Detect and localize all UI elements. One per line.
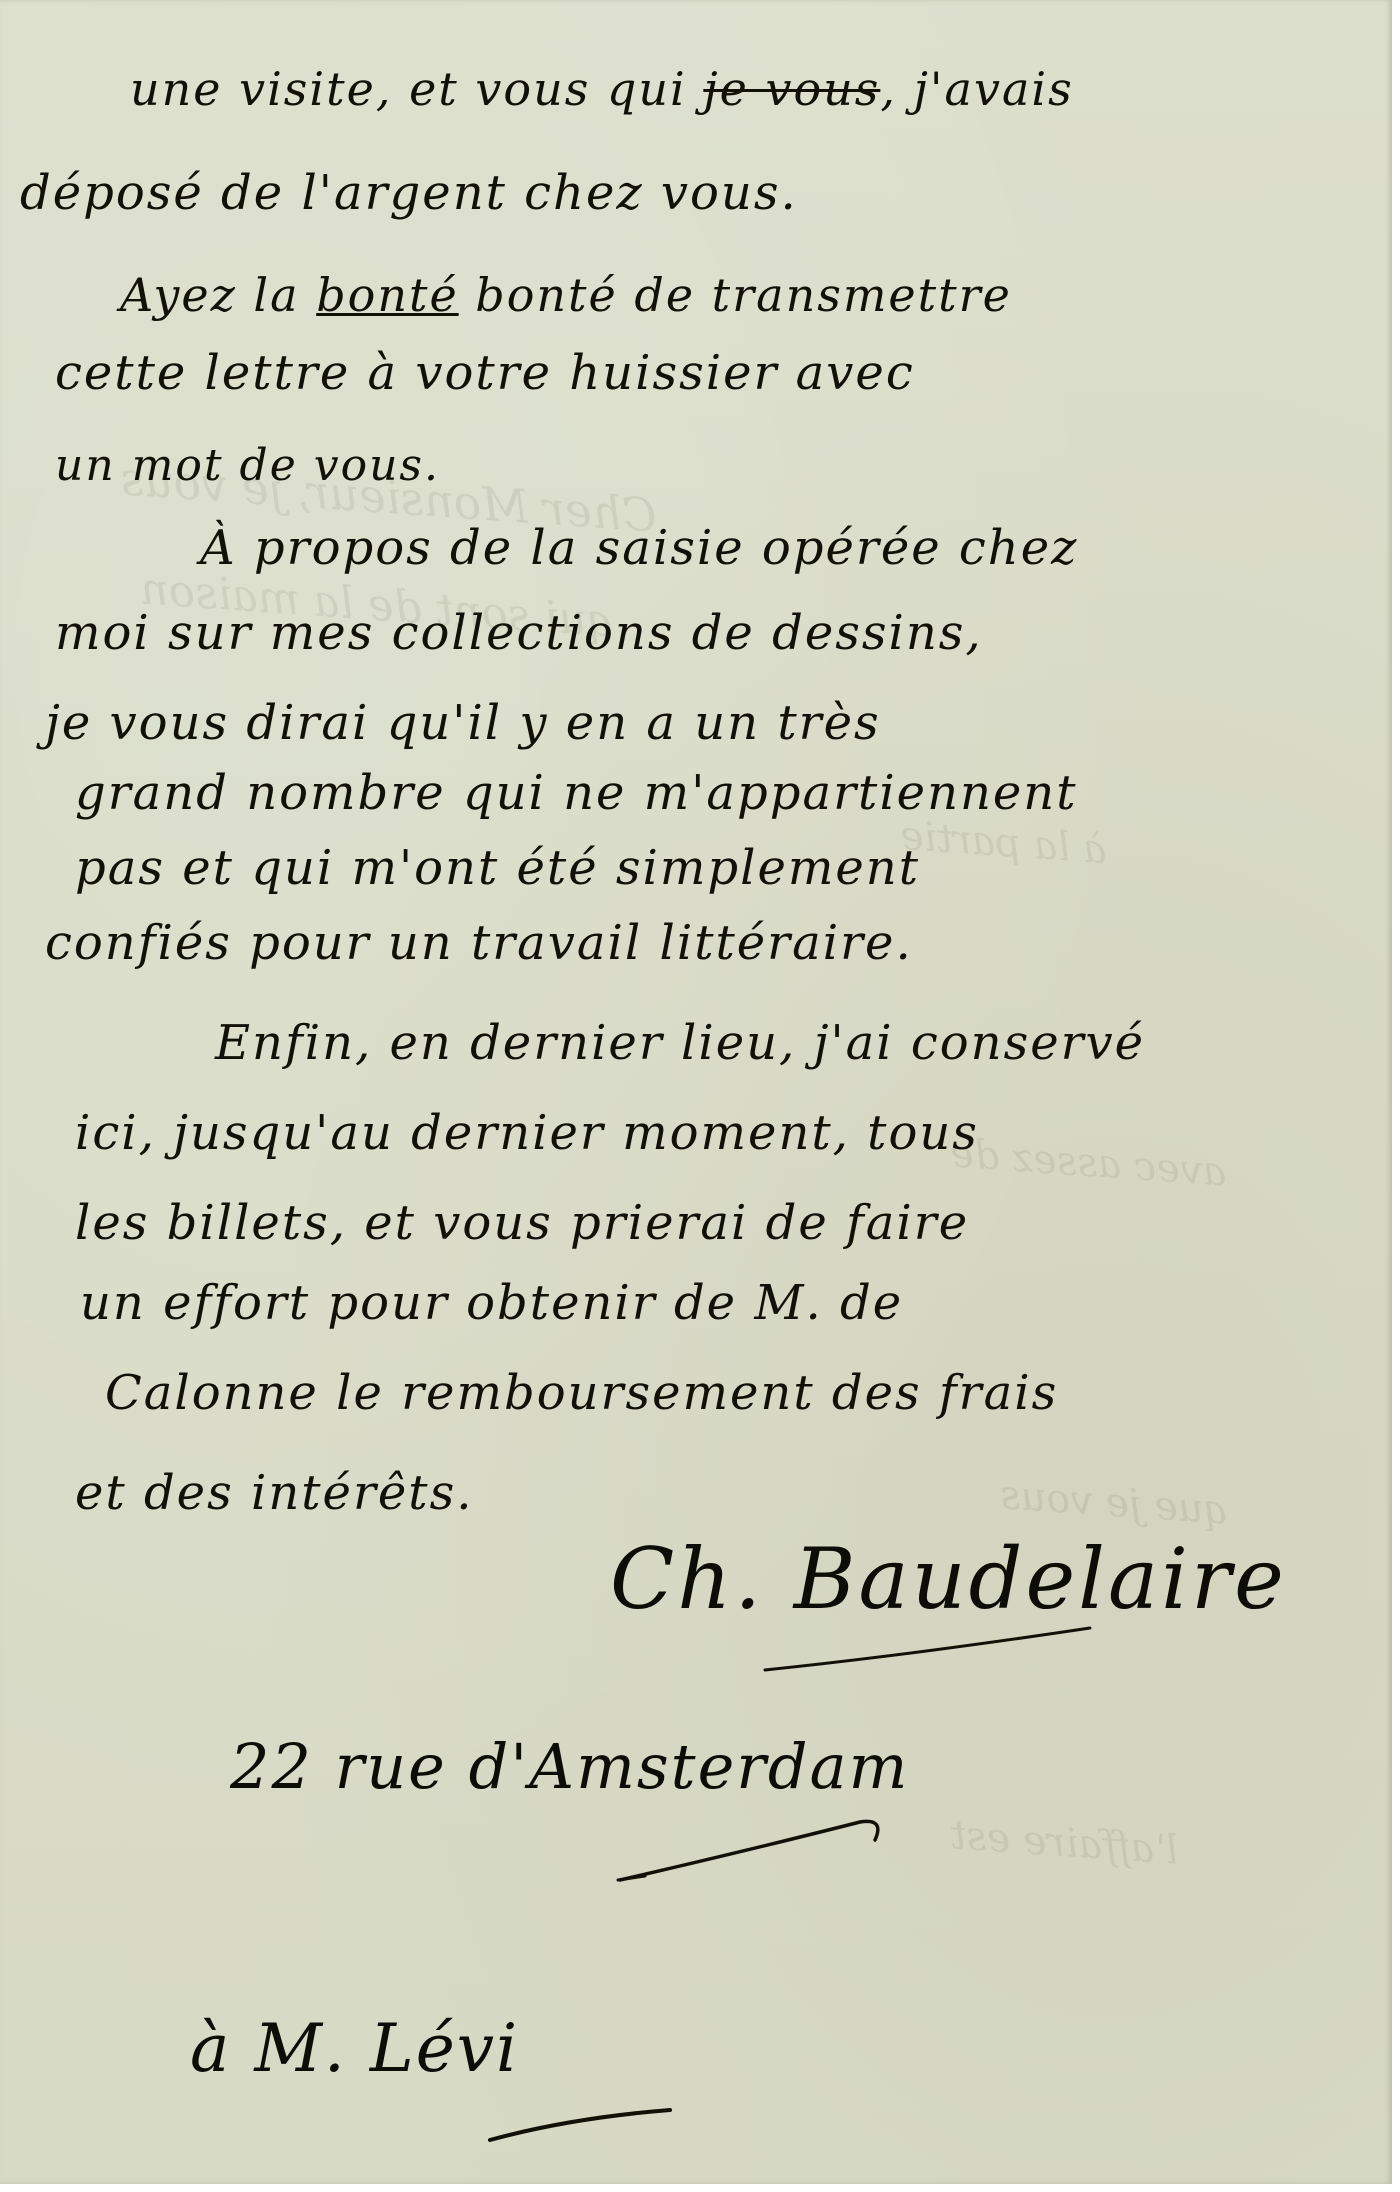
address-underline-flourish	[600, 1810, 960, 1890]
address-text: 22 rue d'Amsterdam	[230, 1730, 909, 1803]
letter-line-11: confiés pour un travail littéraire.	[45, 915, 913, 971]
show-through-text: avec assez de	[949, 1130, 1228, 1195]
line-text: cette lettre à votre huissier avec	[55, 345, 915, 401]
letter-line-3: Ayez la bonté bonté de transmettre	[120, 268, 1012, 322]
letter-line-6: À propos de la saisie opérée chez	[200, 520, 1078, 576]
line-text: et des intérêts.	[75, 1465, 473, 1521]
line-text: les billets, et vous prierai de faire	[75, 1195, 969, 1251]
recipient: à M. Lévi	[190, 2010, 519, 2087]
line-text: grand nombre qui ne m'appartiennent	[75, 765, 1078, 821]
line-text: bonté de transmettre	[459, 268, 1012, 322]
letter-line-16: Calonne le remboursement des frais	[105, 1365, 1058, 1421]
signature-text: Ch. Baudelaire	[610, 1530, 1287, 1628]
line-text: un effort pour obtenir de M. de	[80, 1275, 903, 1331]
letter-line-9: grand nombre qui ne m'appartiennent	[75, 765, 1078, 821]
struck-text: je vous	[703, 62, 880, 116]
line-text: , j'avais	[880, 62, 1073, 116]
letter-line-2: déposé de l'argent chez vous.	[20, 165, 798, 221]
letter-line-12: Enfin, en dernier lieu, j'ai conservé	[215, 1015, 1145, 1071]
letter-line-10: pas et qui m'ont été simplement	[75, 840, 920, 896]
show-through-text: que je vous	[999, 1472, 1231, 1534]
line-text: déposé de l'argent chez vous.	[20, 165, 798, 221]
show-through-text: l'affaire est	[949, 1812, 1180, 1874]
line-text: moi sur mes collections de dessins,	[55, 605, 983, 661]
line-text: je vous dirai qu'il y en a un très	[45, 695, 881, 751]
struck-text: bonté	[316, 268, 458, 322]
recipient-text: à M. Lévi	[190, 2010, 519, 2087]
letter-line-5: un mot de vous.	[55, 440, 440, 491]
letter-line-7: moi sur mes collections de dessins,	[55, 605, 983, 661]
line-text: un mot de vous.	[55, 440, 440, 491]
letter-line-15: un effort pour obtenir de M. de	[80, 1275, 903, 1331]
signature: Ch. Baudelaire	[610, 1530, 1287, 1628]
recipient-underline-flourish	[480, 2100, 740, 2150]
line-text: Ayez la	[120, 268, 316, 322]
show-through-text: à la partie	[899, 813, 1109, 873]
letter-line-8: je vous dirai qu'il y en a un très	[45, 695, 881, 751]
letter-line-14: les billets, et vous prierai de faire	[75, 1195, 969, 1251]
letter-page: Cher Monsieur, je vous qui sont de la ma…	[0, 0, 1392, 2184]
signature-underline-flourish	[760, 1620, 1260, 1680]
line-text: Enfin, en dernier lieu, j'ai conservé	[215, 1015, 1145, 1071]
letter-line-13: ici, jusqu'au dernier moment, tous	[75, 1105, 979, 1161]
line-text: ici, jusqu'au dernier moment, tous	[75, 1105, 979, 1161]
line-text: une visite, et vous qui	[130, 62, 703, 116]
address: 22 rue d'Amsterdam	[230, 1730, 909, 1803]
letter-line-1: une visite, et vous qui je vous, j'avais	[130, 62, 1074, 116]
line-text: confiés pour un travail littéraire.	[45, 915, 913, 971]
line-text: pas et qui m'ont été simplement	[75, 840, 920, 896]
line-text: À propos de la saisie opérée chez	[200, 520, 1078, 576]
letter-line-17: et des intérêts.	[75, 1465, 473, 1521]
letter-line-4: cette lettre à votre huissier avec	[55, 345, 915, 401]
line-text: Calonne le remboursement des frais	[105, 1365, 1058, 1421]
